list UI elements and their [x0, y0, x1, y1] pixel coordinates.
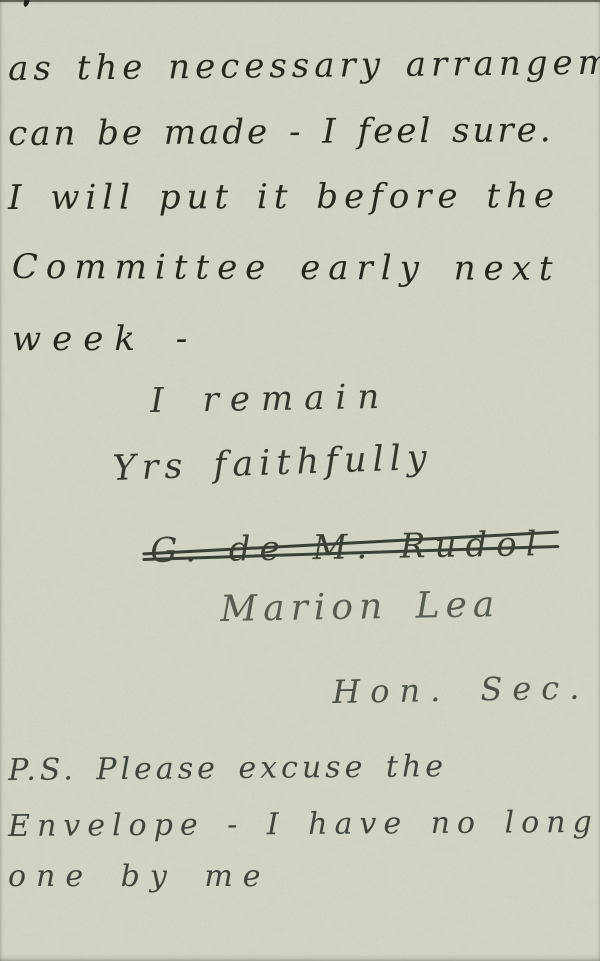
letter-page: as the necessary arrangemts can be made … — [0, 0, 600, 961]
closing-line-1: I remain — [150, 380, 390, 418]
body-line-5: week - — [12, 322, 198, 356]
page-top-edge-shadow — [0, 0, 600, 2]
postscript-line-3: one by me — [8, 862, 271, 892]
body-line-2: can be made - I feel sure. — [8, 113, 554, 151]
signature-struck-out: G. de M. Rudol — [150, 527, 546, 568]
body-line-3: I will put it before the — [8, 179, 560, 215]
postscript-line-2: Envelope - I have no long — [8, 808, 599, 842]
postscript-line-1: P.S. Please excuse the — [8, 752, 447, 786]
ink-mark-top — [23, 0, 31, 8]
body-line-4: Committee early next — [12, 250, 561, 286]
closing-line-2: Yrs faithfully — [112, 441, 433, 487]
signature-role: Hon. Sec. — [332, 672, 590, 708]
signature-name: Marion Lea — [220, 587, 501, 628]
body-line-1: as the necessary arrangemts — [8, 45, 600, 86]
